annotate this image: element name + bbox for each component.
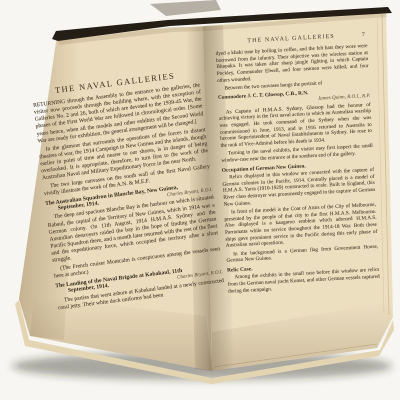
- paragraph: As Captain of H.M.A.S. Sydney, Glossop h…: [219, 102, 373, 150]
- artist-byline: James Quinn, R.O.I., R.P.: [318, 93, 370, 102]
- left-page: THE NAVAL GALLERIES RETURNING through th…: [31, 68, 225, 314]
- right-page: THE NAVAL GALLERIES 7 dyed a khaki tone …: [215, 32, 380, 297]
- book-photo: THE NAVAL GALLERIES RETURNING through th…: [0, 0, 400, 400]
- paragraph: In front of the model is the Coat of Arm…: [224, 202, 378, 250]
- page-number: 7: [362, 32, 365, 38]
